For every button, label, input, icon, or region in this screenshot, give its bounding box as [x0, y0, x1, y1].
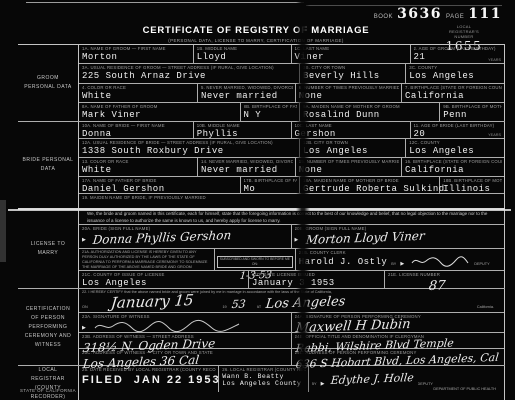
license-section: LICENSE TO MARRY We, the bride and groom…	[18, 208, 505, 288]
performer-signature-cell: 24A. SIGNATURE OF PERSON PERFORMING CERE…	[292, 313, 505, 332]
bride-signature: Donna Phyllis Gershon	[92, 228, 232, 247]
bride-times-married-value: None	[299, 165, 399, 175]
bride-father-birthplace-label: 17B. BIRTHPLACE OF FATHER	[244, 178, 298, 183]
bride-maiden-name-label: 19. MAIDEN NAME OF BRIDE, IF PREVIOUSLY …	[82, 195, 502, 200]
date-received-cell: 25. DATE RECEIVED BY LOCAL REGISTRAR (CO…	[79, 366, 219, 392]
license-number-label: 21E. LICENSE NUMBER	[388, 272, 502, 277]
book-number: 3636	[397, 6, 442, 22]
license-section-rail: LICENSE TO MARRY	[18, 210, 78, 288]
local-registrar-county: Los Angeles County	[222, 380, 305, 387]
bride-last-name-label: 10C. LAST NAME	[295, 123, 408, 128]
groom-marital-value: Never married	[201, 91, 293, 101]
witness-signature-icon	[92, 319, 242, 332]
license-authorization-cell: 21A. AUTHORIZATION AND LICENSE IS HEREBY…	[79, 249, 215, 270]
groom-residence-cell: 3A. USUAL RESIDENCE OF GROOM — STREET AD…	[79, 64, 300, 83]
groom-mother-birthplace-value: Penn	[443, 110, 502, 120]
groom-birthplace-cell: 7. BIRTHPLACE (STATE OR FOREIGN COUNTRY)…	[402, 84, 504, 102]
groom-age-unit: YEARS	[488, 58, 501, 62]
groom-father-birthplace-label: 8B. BIRTHPLACE OF FATHER	[244, 104, 298, 109]
bride-county-cell: 12C. COUNTY Los Angeles	[406, 139, 504, 157]
groom-mother-value: Rosalind Dunn	[303, 110, 437, 120]
groom-county-value: Los Angeles	[409, 71, 502, 81]
arrow-icon: ▶	[400, 261, 404, 267]
groom-race-cell: 4. COLOR OR RACE White	[79, 84, 198, 102]
bride-mother-birthplace-value: Illinois	[443, 184, 502, 194]
groom-marital-label: 5. NEVER MARRIED, WIDOWED, DIVORCED, ANN…	[201, 85, 293, 90]
bride-marital-label: 14. NEVER MARRIED, WIDOWED, DIVORCED, AN…	[201, 159, 293, 164]
department-of-public-health-text: DEPARTMENT OF PUBLIC HEALTH	[312, 387, 497, 392]
bride-residence-label: 12A. USUAL RESIDENCE OF BRIDE — STREET A…	[82, 140, 297, 145]
bride-first-name-label: 10A. NAME OF BRIDE — FIRST NAME	[82, 123, 191, 128]
bride-father-label: 17A. NAME OF FATHER OF BRIDE	[82, 178, 238, 183]
page-label: PAGE	[446, 14, 464, 20]
bride-city-label: 12B. CITY OR TOWN	[303, 140, 403, 145]
bride-city-value: Los Angeles	[303, 146, 403, 156]
local-registrar-cell: 26. LOCAL REGISTRAR (COUNTY RECORDER) Wa…	[219, 366, 308, 392]
certification-section-grid: 22. I HEREBY CERTIFY that the above name…	[78, 289, 505, 365]
groom-residence-value: 225 South Arnaz Drive	[82, 71, 297, 81]
bride-signature-cell: 20A. BRIDE (SIGN FULL NAME) ▶ Donna Phyl…	[79, 225, 292, 248]
groom-section-grid: 1A. NAME OF GROOM — FIRST NAME Morton 1B…	[78, 45, 505, 121]
clerk-deputy-signature-icon	[410, 255, 470, 267]
certificate-title-block: CERTIFICATE OF REGISTRY OF MARRIAGE (PER…	[108, 25, 404, 43]
groom-middle-name-cell: 1B. MIDDLE NAME Lloyd	[194, 45, 292, 63]
bride-last-name-value: Gershon	[295, 129, 408, 139]
ceremony-at-label: AT	[257, 305, 262, 310]
groom-father-cell: 8A. NAME OF FATHER OF GROOM Mark Viner	[79, 103, 241, 121]
groom-section-rail: GROOM PERSONAL DATA	[18, 45, 78, 121]
filed-stamp-date: JAN 22 1953	[134, 374, 221, 386]
bride-middle-name-value: Phyllis	[197, 129, 289, 139]
registrar-by-label: BY	[312, 382, 317, 387]
bride-times-married-cell: 15. NUMBER OF TIMES PREVIOUSLY MARRIED (…	[296, 158, 402, 176]
certification-section: CERTIFICATION OF PERSON PERFORMING CEREM…	[18, 288, 505, 365]
bride-birthplace-cell: 16. BIRTHPLACE (STATE OR FOREIGN COUNTRY…	[402, 158, 504, 176]
groom-father-value: Mark Viner	[82, 110, 238, 120]
bride-age-unit: YEARS	[488, 133, 501, 137]
local-registrar-name: Wann B. Beatty	[222, 373, 305, 380]
groom-city-label: 3B. CITY OR TOWN	[303, 65, 403, 70]
groom-signature-cell: 20B. GROOM (SIGN FULL NAME) ▶ Morton Llo…	[292, 225, 505, 248]
county-of-issue-value: Los Angeles	[82, 278, 246, 288]
date-license-issued-label: 21D. DATE LICENSE ISSUED	[252, 272, 382, 277]
groom-mother-label: 9A. MAIDEN NAME OF MOTHER OF GROOM	[303, 104, 437, 109]
ceremony-place-handwritten: Los Angeles	[265, 294, 346, 312]
groom-father-label: 8A. NAME OF FATHER OF GROOM	[82, 104, 238, 109]
groom-times-married-label: 6. NUMBER OF TIMES PREVIOUSLY MARRIED (I…	[299, 85, 399, 90]
county-of-issue-cell: 21C. COUNTY OF ISSUE OF LICENSE Los Ange…	[79, 271, 249, 288]
section-divider-line	[8, 209, 511, 211]
groom-first-name-cell: 1A. NAME OF GROOM — FIRST NAME Morton	[79, 45, 194, 63]
groom-mother-cell: 9A. MAIDEN NAME OF MOTHER OF GROOM Rosal…	[300, 103, 440, 121]
page-number: 111	[468, 6, 502, 22]
bride-last-name-cell: 10C. LAST NAME Gershon	[292, 122, 411, 138]
bride-times-married-label: 15. NUMBER OF TIMES PREVIOUSLY MARRIED (…	[299, 159, 399, 164]
ceremony-year-handwritten: 53	[231, 298, 246, 312]
registrar-section: LOCAL REGISTRAR (COUNTY RECORDER) 25. DA…	[18, 365, 505, 400]
bride-marital-value: Never married	[201, 165, 293, 175]
book-page-header: BOOK 3636 PAGE 111	[330, 6, 502, 22]
groom-mother-birthplace-label: 9B. BIRTHPLACE OF MOTHER	[443, 104, 502, 109]
bride-race-value: White	[82, 165, 195, 175]
bride-father-birthplace-cell: 17B. BIRTHPLACE OF FATHER Mo	[241, 177, 301, 193]
bride-father-birthplace-value: Mo	[244, 184, 298, 194]
bride-city-cell: 12B. CITY OR TOWN Los Angeles	[300, 139, 406, 157]
groom-age-cell: 2. AGE OF GROOM (LAST BIRTHDAY) 21 YEARS	[411, 45, 505, 63]
bride-birthplace-value: California	[405, 165, 502, 175]
bride-first-name-cell: 10A. NAME OF BRIDE — FIRST NAME Donna	[79, 122, 194, 138]
book-label: BOOK	[374, 14, 393, 20]
bride-father-value: Daniel Gershon	[82, 184, 238, 194]
groom-father-birthplace-value: N Y	[244, 110, 298, 120]
witness-signature-cell: 23A. SIGNATURE OF WITNESS ▶	[79, 313, 292, 332]
date-license-issued-value: January 3 1953	[252, 278, 382, 288]
groom-first-name-label: 1A. NAME OF GROOM — FIRST NAME	[82, 46, 191, 51]
groom-first-name-value: Morton	[82, 52, 191, 62]
witness-city-cell: 23C. ADDRESS OF WITNESS — CITY OR TOWN A…	[79, 349, 292, 365]
bride-section: BRIDE PERSONAL DATA 10A. NAME OF BRIDE —…	[18, 121, 505, 208]
local-registrar-label: 26. LOCAL REGISTRAR (COUNTY RECORDER)	[222, 367, 305, 372]
bride-county-value: Los Angeles	[409, 146, 502, 156]
state-of-california-label: STATE OF CALIFORNIA	[20, 388, 76, 393]
groom-marital-cell: 5. NEVER MARRIED, WIDOWED, DIVORCED, ANN…	[198, 84, 296, 102]
groom-last-name-cell: 1C. LAST NAME Viner	[292, 45, 411, 63]
bride-mother-birthplace-label: 18B. BIRTHPLACE OF MOTHER	[443, 178, 502, 183]
bride-middle-name-cell: 10B. MIDDLE NAME Phyllis	[194, 122, 292, 138]
groom-county-label: 3C. COUNTY	[409, 65, 502, 70]
groom-last-name-value: Viner	[295, 52, 408, 62]
bride-age-cell: 11. AGE OF BRIDE (LAST BIRTHDAY) 20 YEAR…	[411, 122, 505, 138]
bride-race-label: 13. COLOR OR RACE	[82, 159, 195, 164]
clerk-by-label: BY	[391, 262, 396, 267]
county-of-issue-label: 21C. COUNTY OF ISSUE OF LICENSE	[82, 272, 246, 277]
sworn-cell: SUBSCRIBED AND SWORN TO BEFORE ME ON: 1-…	[215, 249, 296, 270]
registrar-deputy-signature: Edythe J. Holle	[330, 371, 414, 387]
groom-age-label: 2. AGE OF GROOM (LAST BIRTHDAY)	[414, 46, 503, 51]
scan-edge-artifact	[0, 200, 6, 262]
bride-middle-name-label: 10B. MIDDLE NAME	[197, 123, 289, 128]
registrar-deputy-cell: BY ▶ Edythe J. Holle DEPUTY DEPARTMENT O…	[309, 366, 505, 392]
marriage-certificate-document: BOOK 3636 PAGE 111 CERTIFICATE OF REGIST…	[0, 0, 515, 400]
registrar-section-grid: 25. DATE RECEIVED BY LOCAL REGISTRAR (CO…	[78, 366, 505, 400]
bride-mother-value: Gertrude Roberta Sulkind	[303, 184, 437, 194]
county-clerk-cell: 21B. COUNTY CLERK Harold J. Ostly BY ▶ D…	[296, 249, 500, 270]
bride-father-cell: 17A. NAME OF FATHER OF BRIDE Daniel Gers…	[79, 177, 241, 193]
groom-times-married-cell: 6. NUMBER OF TIMES PREVIOUSLY MARRIED (I…	[296, 84, 402, 102]
groom-birthplace-value: California	[405, 91, 502, 101]
license-section-grid: We, the bride and groom named in this ce…	[78, 210, 505, 288]
groom-father-birthplace-cell: 8B. BIRTHPLACE OF FATHER N Y	[241, 103, 301, 121]
groom-times-married-value: None	[299, 91, 399, 101]
groom-residence-label: 3A. USUAL RESIDENCE OF GROOM — STREET AD…	[82, 65, 297, 70]
bride-age-label: 11. AGE OF BRIDE (LAST BIRTHDAY)	[414, 123, 503, 128]
groom-section: GROOM PERSONAL DATA 1A. NAME OF GROOM — …	[18, 45, 505, 121]
bride-section-rail: BRIDE PERSONAL DATA	[18, 122, 78, 208]
arrow-icon: ▶	[82, 325, 86, 331]
groom-city-cell: 3B. CITY OR TOWN Beverly Hills	[300, 64, 406, 83]
date-license-issued-cell: 21D. DATE LICENSE ISSUED January 3 1953	[249, 271, 385, 288]
date-received-label: 25. DATE RECEIVED BY LOCAL REGISTRAR (CO…	[82, 367, 216, 372]
groom-middle-name-value: Lloyd	[197, 52, 289, 62]
bride-marital-cell: 14. NEVER MARRIED, WIDOWED, DIVORCED, AN…	[198, 158, 296, 176]
registrar-section-rail: LOCAL REGISTRAR (COUNTY RECORDER)	[18, 366, 78, 400]
witness-street-cell: 23B. ADDRESS OF WITNESS — STREET ADDRESS…	[79, 333, 292, 348]
certification-section-rail: CERTIFICATION OF PERSON PERFORMING CEREM…	[18, 289, 78, 365]
bride-mother-birthplace-cell: 18B. BIRTHPLACE OF MOTHER Illinois	[440, 177, 504, 193]
groom-race-value: White	[82, 91, 195, 101]
arrow-icon: ▶	[321, 381, 325, 387]
bride-residence-value: 1338 South Roxbury Drive	[82, 146, 297, 156]
license-affidavit-text: We, the bride and groom named in this ce…	[79, 210, 504, 225]
bride-county-label: 12C. COUNTY	[409, 140, 502, 145]
groom-last-name-label: 1C. LAST NAME	[295, 46, 408, 51]
license-number-cell: 21E. LICENSE NUMBER 87	[385, 271, 504, 288]
performer-title-cell: 24B. OFFICIAL TITLE AND DENOMINATION IF …	[292, 333, 505, 348]
sworn-label: SUBSCRIBED AND SWORN TO BEFORE ME ON:	[218, 257, 292, 266]
performer-address-cell: 24C. ADDRESS OF PERSON PERFORMING CEREMO…	[292, 349, 505, 365]
bride-maiden-name-cell: 19. MAIDEN NAME OF BRIDE, IF PREVIOUSLY …	[79, 194, 504, 208]
registrar-deputy-label: DEPUTY	[418, 382, 433, 387]
ceremony-year-prefix: 19	[222, 305, 226, 310]
sworn-box: SUBSCRIBED AND SWORN TO BEFORE ME ON: 1-…	[217, 256, 293, 268]
groom-county-cell: 3C. COUNTY Los Angeles	[406, 64, 504, 83]
bride-residence-cell: 12A. USUAL RESIDENCE OF BRIDE — STREET A…	[79, 139, 300, 157]
ceremony-date-handwritten: January 15	[110, 291, 195, 312]
photostat-edge-line	[26, 2, 304, 3]
certificate-title: CERTIFICATE OF REGISTRY OF MARRIAGE	[108, 25, 404, 36]
certificate-form: GROOM PERSONAL DATA 1A. NAME OF GROOM — …	[18, 44, 505, 400]
groom-race-label: 4. COLOR OR RACE	[82, 85, 195, 90]
ceremony-statement-cell: 22. I HEREBY CERTIFY that the above name…	[79, 289, 504, 312]
license-authorization-text: 21A. AUTHORIZATION AND LICENSE IS HEREBY…	[82, 250, 212, 268]
groom-signature: Morton Lloyd Viner	[305, 229, 425, 247]
arrow-icon: ▶	[295, 237, 299, 243]
groom-birthplace-label: 7. BIRTHPLACE (STATE OR FOREIGN COUNTRY)	[405, 85, 502, 90]
bride-section-grid: 10A. NAME OF BRIDE — FIRST NAME Donna 10…	[78, 122, 505, 208]
arrow-icon: ▶	[82, 237, 86, 243]
bride-race-cell: 13. COLOR OR RACE White	[79, 158, 198, 176]
certificate-subtitle: (PERSONAL DATA, LICENSE TO MARRY, CERTIF…	[108, 38, 404, 43]
bride-birthplace-label: 16. BIRTHPLACE (STATE OR FOREIGN COUNTRY…	[405, 159, 502, 164]
groom-mother-birthplace-cell: 9B. BIRTHPLACE OF MOTHER Penn	[440, 103, 504, 121]
filed-stamp-word: FILED	[82, 374, 124, 386]
groom-city-value: Beverly Hills	[303, 71, 403, 81]
ceremony-on-label: ON	[82, 305, 88, 310]
groom-middle-name-label: 1B. MIDDLE NAME	[197, 46, 289, 51]
clerk-deputy-label: DEPUTY	[474, 262, 489, 267]
bride-mother-cell: 18A. MAIDEN NAME OF MOTHER OF BRIDE Gert…	[300, 177, 440, 193]
ceremony-state-text: California.	[477, 305, 494, 310]
bride-first-name-value: Donna	[82, 129, 191, 139]
county-clerk-name: Harold J. Ostly	[299, 257, 388, 267]
bride-mother-label: 18A. MAIDEN NAME OF MOTHER OF BRIDE	[303, 178, 437, 183]
